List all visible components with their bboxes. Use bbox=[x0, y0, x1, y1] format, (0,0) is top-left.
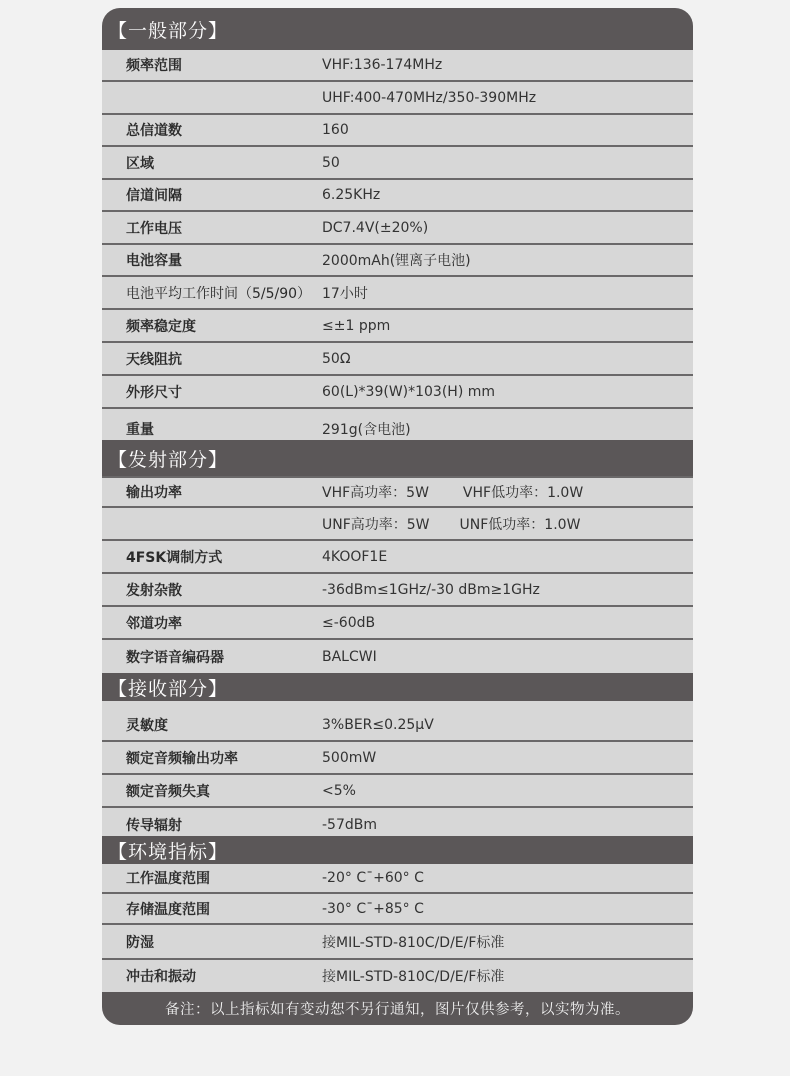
row-value: BALCWI bbox=[320, 649, 693, 665]
row-label: 冲击和振动 bbox=[102, 966, 320, 986]
table-row: 冲击和振动 接MIL-STD-810C/D/E/F标准 bbox=[102, 960, 693, 992]
table-row: 发射杂散 -36dBm≤1GHz/-30 dBm≥1GHz bbox=[102, 574, 693, 607]
row-label: 信道间隔 bbox=[102, 185, 320, 205]
table-row: 额定音频失真 <5% bbox=[102, 775, 693, 808]
row-value: 50Ω bbox=[320, 351, 693, 367]
table-row: 邻道功率 ≤-60dB bbox=[102, 607, 693, 640]
row-value: ≤±1 ppm bbox=[320, 318, 693, 334]
row-value: UNF高功率：5WUNF低功率：1.0W bbox=[320, 514, 693, 534]
footer-note: 备注：以上指标如有变动恕不另行通知，图片仅供参考，以实物为准。 bbox=[102, 992, 693, 1025]
row-label: 电池平均工作时间（5/5/90） bbox=[102, 283, 320, 303]
row-value-part: VHF高功率：5W bbox=[322, 485, 429, 501]
row-value: -30° C¯+85° C bbox=[320, 901, 693, 917]
row-value: 接MIL-STD-810C/D/E/F标准 bbox=[320, 932, 693, 952]
row-value: <5% bbox=[320, 783, 693, 799]
row-value: 6.25KHz bbox=[320, 187, 693, 203]
row-value: 500mW bbox=[320, 750, 693, 766]
table-row: 区域 50 bbox=[102, 147, 693, 180]
section-title: 【接收部分】 bbox=[108, 674, 228, 701]
row-value: 17小时 bbox=[320, 283, 693, 303]
row-label: 总信道数 bbox=[102, 120, 320, 140]
row-label: 输出功率 bbox=[102, 482, 320, 502]
row-label: 邻道功率 bbox=[102, 613, 320, 633]
table-row: 4FSK调制方式 4KOOF1E bbox=[102, 541, 693, 574]
row-value: 4KOOF1E bbox=[320, 549, 693, 565]
row-value: -20° C¯+60° C bbox=[320, 870, 693, 886]
table-row: 灵敏度 3%BER≤0.25μV bbox=[102, 701, 693, 742]
table-row: 输出功率 VHF高功率：5WVHF低功率：1.0W bbox=[102, 476, 693, 508]
row-label: 额定音频输出功率 bbox=[102, 748, 320, 768]
table-row: 存储温度范围 -30° C¯+85° C bbox=[102, 894, 693, 925]
row-value: UHF:400-470MHz/350-390MHz bbox=[320, 90, 693, 106]
row-label: 额定音频失真 bbox=[102, 781, 320, 801]
table-row: 频率范围 VHF:136-174MHz bbox=[102, 50, 693, 82]
row-label: 防湿 bbox=[102, 932, 320, 952]
table-row: 工作温度范围 -20° C¯+60° C bbox=[102, 864, 693, 894]
row-value-part: VHF低功率：1.0W bbox=[463, 485, 583, 501]
row-label: 外形尺寸 bbox=[102, 382, 320, 402]
row-value: 接MIL-STD-810C/D/E/F标准 bbox=[320, 966, 693, 986]
row-label: 工作电压 bbox=[102, 218, 320, 238]
section-title: 【发射部分】 bbox=[108, 445, 228, 472]
section-title: 【环境指标】 bbox=[108, 837, 228, 864]
section-header-general: 【一般部分】 bbox=[102, 8, 693, 50]
table-row: UNF高功率：5WUNF低功率：1.0W bbox=[102, 508, 693, 541]
table-row: 数字语音编码器 BALCWI bbox=[102, 640, 693, 673]
row-value-part: UNF低功率：1.0W bbox=[460, 517, 581, 533]
row-value: 2000mAh(锂离子电池) bbox=[320, 250, 693, 270]
row-value: 50 bbox=[320, 155, 693, 171]
table-row: 防湿 接MIL-STD-810C/D/E/F标准 bbox=[102, 925, 693, 960]
row-value: VHF:136-174MHz bbox=[320, 57, 693, 73]
section-header-transmit: 【发射部分】 bbox=[102, 440, 693, 476]
row-label: 传导辐射 bbox=[102, 815, 320, 835]
row-value: -36dBm≤1GHz/-30 dBm≥1GHz bbox=[320, 582, 693, 598]
row-value: -57dBm bbox=[320, 817, 693, 833]
table-row: 电池平均工作时间（5/5/90） 17小时 bbox=[102, 277, 693, 310]
row-value: VHF高功率：5WVHF低功率：1.0W bbox=[320, 482, 693, 502]
row-value: 291g(含电池) bbox=[320, 419, 693, 439]
row-label: 天线阻抗 bbox=[102, 349, 320, 369]
row-value: ≤-60dB bbox=[320, 615, 693, 631]
row-label: 数字语音编码器 bbox=[102, 647, 320, 667]
row-label: 频率范围 bbox=[102, 55, 320, 75]
row-value-part: UNF高功率：5W bbox=[322, 517, 430, 533]
footer-text: 备注：以上指标如有变动恕不另行通知，图片仅供参考，以实物为准。 bbox=[165, 998, 630, 1019]
table-row: 电池容量 2000mAh(锂离子电池) bbox=[102, 245, 693, 277]
table-row: UHF:400-470MHz/350-390MHz bbox=[102, 82, 693, 115]
table-row: 频率稳定度 ≤±1 ppm bbox=[102, 310, 693, 343]
table-row: 外形尺寸 60(L)*39(W)*103(H) mm bbox=[102, 376, 693, 409]
table-row: 传导辐射 -57dBm bbox=[102, 808, 693, 836]
row-label: 存储温度范围 bbox=[102, 899, 320, 919]
row-value: 60(L)*39(W)*103(H) mm bbox=[320, 384, 693, 400]
row-label: 工作温度范围 bbox=[102, 868, 320, 888]
table-row: 工作电压 DC7.4V(±20%) bbox=[102, 212, 693, 245]
table-row: 额定音频输出功率 500mW bbox=[102, 742, 693, 775]
row-label: 重量 bbox=[102, 419, 320, 439]
table-row: 信道间隔 6.25KHz bbox=[102, 180, 693, 212]
table-row: 重量 291g(含电池) bbox=[102, 409, 693, 440]
row-value: DC7.4V(±20%) bbox=[320, 220, 693, 236]
row-label: 发射杂散 bbox=[102, 580, 320, 600]
section-header-receive: 【接收部分】 bbox=[102, 673, 693, 701]
row-label: 灵敏度 bbox=[102, 715, 320, 735]
row-value: 3%BER≤0.25μV bbox=[320, 717, 693, 733]
table-row: 天线阻抗 50Ω bbox=[102, 343, 693, 376]
row-label: 电池容量 bbox=[102, 250, 320, 270]
table-row: 总信道数 160 bbox=[102, 115, 693, 147]
row-label: 区域 bbox=[102, 153, 320, 173]
section-title: 【一般部分】 bbox=[108, 16, 228, 43]
spec-card: 【一般部分】 频率范围 VHF:136-174MHz UHF:400-470MH… bbox=[102, 8, 693, 1025]
row-label: 4FSK调制方式 bbox=[102, 547, 320, 567]
row-value: 160 bbox=[320, 122, 693, 138]
section-header-environment: 【环境指标】 bbox=[102, 836, 693, 864]
row-label: 频率稳定度 bbox=[102, 316, 320, 336]
